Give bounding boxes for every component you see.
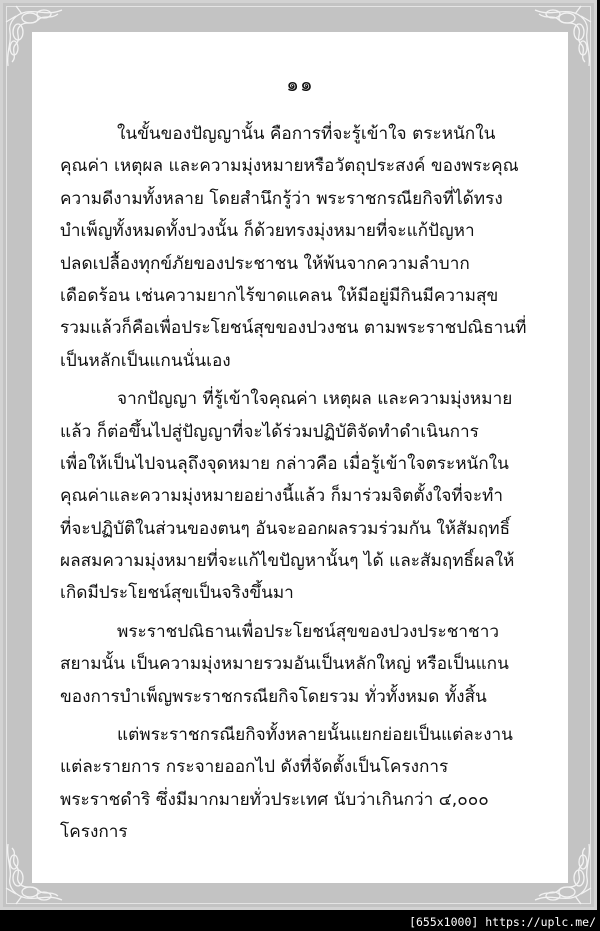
document-page: ๑๑ ในขั้นของปัญญานั้น คือการที่จะรู้เข้า… (32, 32, 568, 883)
text-line: แล้ว ก็ต่อขึ้นไปสู่ปัญญาที่จะได้ร่วมปฏิบ… (60, 416, 550, 448)
watermark-text: [655x1000] https://uplc.me/ (409, 915, 596, 929)
text-line: ปลดเปลื้องทุกข์ภัยของประชาชน ให้พ้นจากคว… (60, 248, 550, 280)
text-line: พระราชปณิธานเพื่อประโยชน์สุขของปวงประชาช… (60, 616, 550, 648)
text-line: ผลสมความมุ่งหมายที่จะแก้ไขปัญหานั้นๆ ได้… (60, 545, 550, 577)
body-text: ในขั้นของปัญญานั้น คือการที่จะรู้เข้าใจ … (60, 118, 550, 849)
page-number: ๑๑ (32, 68, 568, 100)
text-line: ในขั้นของปัญญานั้น คือการที่จะรู้เข้าใจ … (60, 118, 550, 150)
text-line: จากปัญญา ที่รู้เข้าใจคุณค่า เหตุผล และคว… (60, 383, 550, 415)
text-line: บำเพ็ญทั้งหมดทั้งปวงนั้น ก็ด้วยทรงมุ่งหม… (60, 215, 550, 247)
text-line: คุณค่า เหตุผล และความมุ่งหมายหรือวัตถุปร… (60, 150, 550, 182)
text-line: คุณค่าและความมุ่งหมายอย่างนี้แล้ว ก็มาร่… (60, 480, 550, 512)
text-line: แต่พระราชกรณียกิจทั้งหลายนั้นแยกย่อยเป็น… (60, 719, 550, 751)
text-line: ของการบำเพ็ญพระราชกรณียกิจโดยรวม ทั่วทั้… (60, 681, 550, 713)
paragraph: พระราชปณิธานเพื่อประโยชน์สุขของปวงประชาช… (60, 616, 550, 713)
text-line: เดือดร้อน เช่นความยากไร้ขาดแคลน ให้มีอยู… (60, 280, 550, 312)
text-line: โครงการ (60, 816, 550, 848)
text-line: พระราชดำริ ซึ่งมีมากมายทั่วประเทศ นับว่า… (60, 784, 550, 816)
text-line: ที่จะปฏิบัติในส่วนของตนๆ อันจะออกผลรวมร่… (60, 513, 550, 545)
decorative-frame: ๑๑ ในขั้นของปัญญานั้น คือการที่จะรู้เข้า… (0, 0, 597, 910)
paragraph: ในขั้นของปัญญานั้น คือการที่จะรู้เข้าใจ … (60, 118, 550, 377)
paragraph: จากปัญญา ที่รู้เข้าใจคุณค่า เหตุผล และคว… (60, 383, 550, 610)
text-line: สยามนั้น เป็นความมุ่งหมายรวมอันเป็นหลักใ… (60, 648, 550, 680)
text-line: เพื่อให้เป็นไปจนลุถึงจุดหมาย กล่าวคือ เม… (60, 448, 550, 480)
text-line: เป็นหลักเป็นแกนนั่นเอง (60, 345, 550, 377)
text-line: รวมแล้วก็คือเพื่อประโยชน์สุขของปวงชน ตาม… (60, 312, 550, 344)
text-line: เกิดมีประโยชน์สุขเป็นจริงขึ้นมา (60, 577, 550, 609)
text-line: แต่ละรายการ กระจายออกไป ดังที่จัดตั้งเป็… (60, 751, 550, 783)
paragraph: แต่พระราชกรณียกิจทั้งหลายนั้นแยกย่อยเป็น… (60, 719, 550, 849)
text-line: ความดีงามทั้งหลาย โดยสำนึกรู้ว่า พระราชก… (60, 183, 550, 215)
